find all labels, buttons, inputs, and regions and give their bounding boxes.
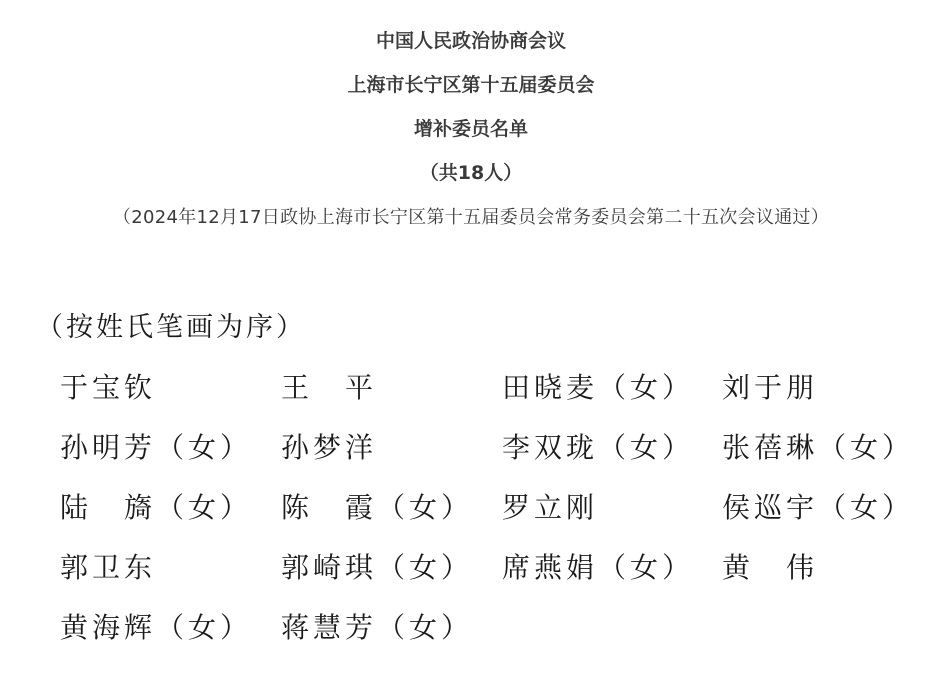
member-name: 陈 霞（女） [281,488,473,528]
member-name: 席燕娟（女） [502,548,694,588]
member-name: 孙梦洋 [281,428,377,468]
member-name: 刘于朋 [722,368,818,408]
member-name: 罗立刚 [502,488,598,528]
member-name: 李双珑（女） [502,428,694,468]
member-name: 郭卫东 [60,548,156,588]
member-name: 孙明芳（女） [60,428,252,468]
member-name: 侯巡宇（女） [722,488,914,528]
member-roster: 于宝钦 王 平 田晓麦（女） 刘于朋 孙明芳（女） 孙梦洋 李双珑（女） 张蓓琳… [0,0,942,684]
member-name: 黄海辉（女） [60,608,252,648]
member-name: 于宝钦 [60,368,156,408]
member-name: 郭崎琪（女） [281,548,473,588]
member-name: 张蓓琳（女） [722,428,914,468]
member-name: 田晓麦（女） [502,368,694,408]
member-name: 陆 旖（女） [60,488,252,528]
member-name: 蒋慧芳（女） [281,608,473,648]
member-name: 王 平 [281,368,377,408]
member-name: 黄 伟 [722,548,818,588]
